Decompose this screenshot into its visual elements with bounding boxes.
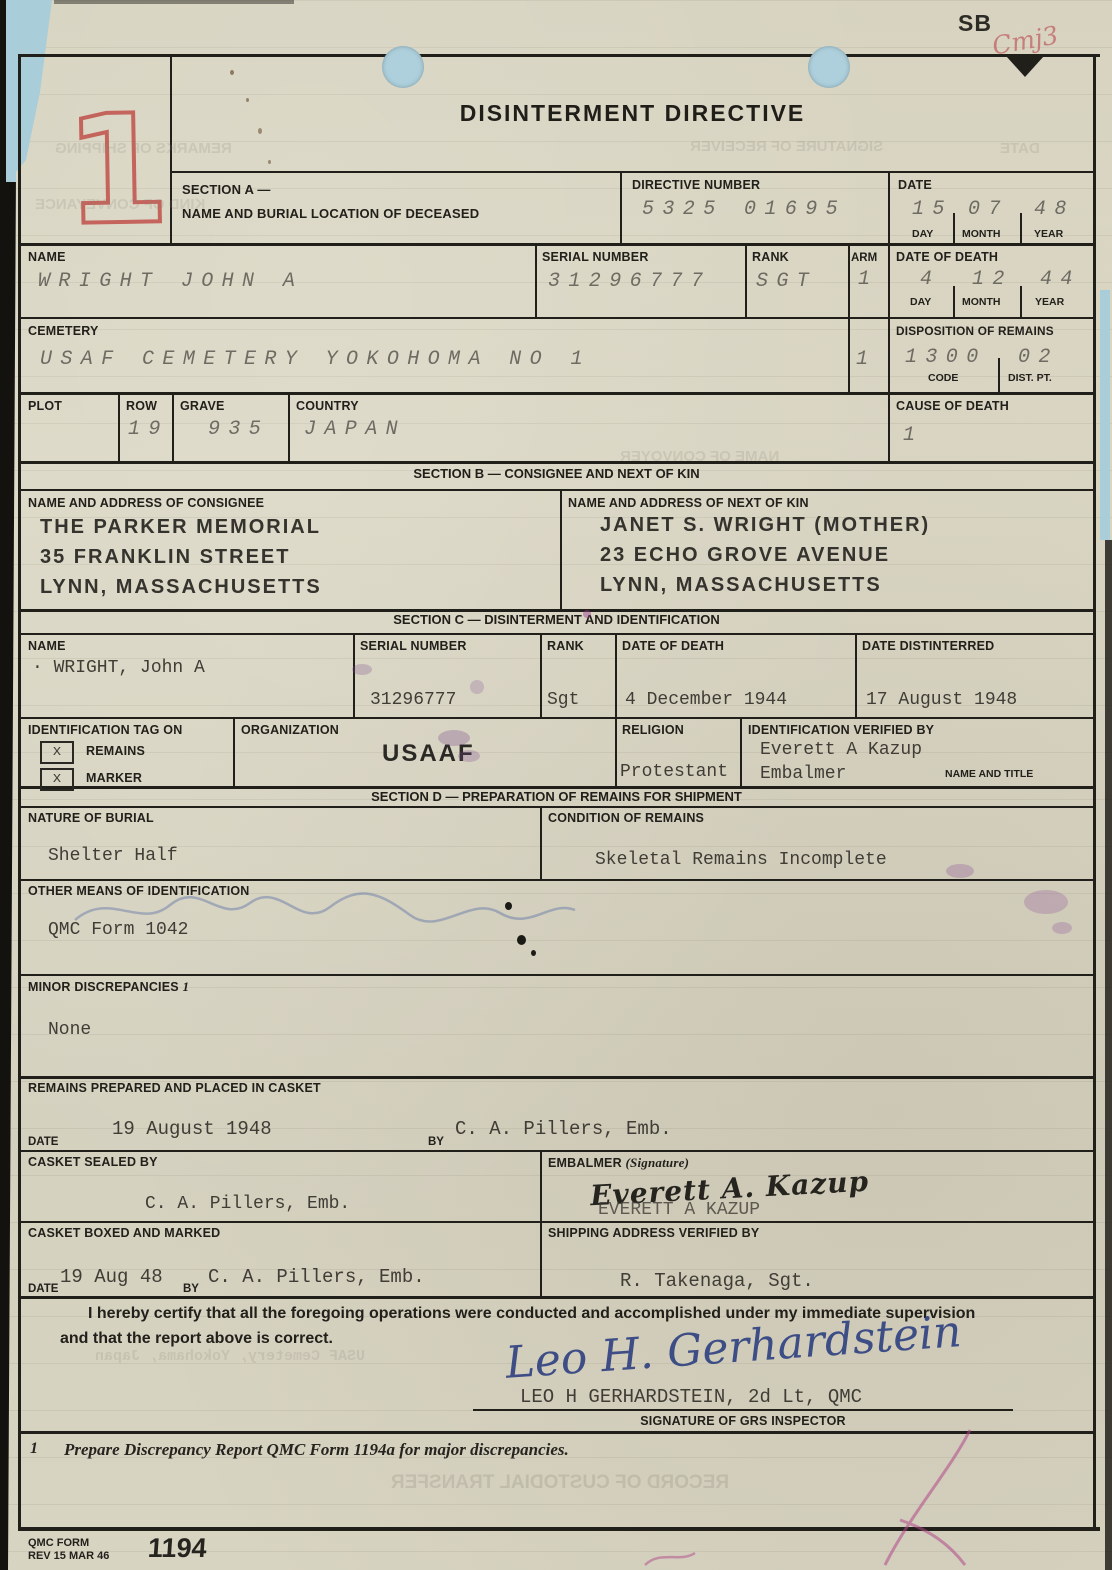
section-a-heading-2: NAME AND BURIAL LOCATION OF DECEASED — [182, 206, 479, 221]
consignee-line-1: THE PARKER MEMORIAL — [40, 516, 321, 539]
dod-day-value: 4 — [920, 268, 940, 291]
cemetery-arm-value: 1 — [856, 348, 876, 371]
pencil-mark-sb: SB — [958, 10, 992, 37]
plot-label: PLOT — [28, 399, 62, 413]
month-label: MONTH — [962, 228, 1001, 240]
bleed-receiver: SIGNATURE OF RECEIVER — [690, 138, 883, 155]
form-number: 1194 — [147, 1533, 208, 1564]
footnote-ref-mark: 1 — [183, 979, 190, 994]
casket-sealed-by-value: C. A. Pillers, Emb. — [145, 1194, 350, 1214]
remains-label: REMAINS — [86, 744, 145, 758]
name-value: · WRIGHT, John A — [32, 658, 205, 678]
minor-discrepancies-value: None — [48, 1020, 91, 1040]
name-label: NAME — [28, 250, 66, 264]
arm-value: 1 — [858, 268, 878, 291]
serial-number-value: 31296777 — [370, 690, 456, 710]
purple-stamp-smudge — [946, 864, 974, 878]
ink-blot — [517, 935, 526, 945]
row-value: 19 — [128, 418, 169, 441]
embalmer-label-text: EMBALMER — [548, 1156, 622, 1170]
consignee-label: NAME AND ADDRESS OF CONSIGNEE — [28, 496, 264, 510]
code-label: CODE — [928, 372, 958, 384]
purple-stamp-smudge — [438, 730, 470, 746]
casket-sealed-by-label: CASKET SEALED BY — [28, 1155, 158, 1169]
day-label: DAY — [912, 228, 933, 240]
section-a-heading-1: SECTION A — — [182, 182, 271, 197]
grave-label: GRAVE — [180, 399, 225, 413]
copy-number-stamp: 1 — [62, 80, 172, 250]
boxed-by-value: C. A. Pillers, Emb. — [208, 1266, 425, 1288]
marker-label: MARKER — [86, 771, 142, 785]
svg-text:1: 1 — [63, 83, 170, 250]
remains-checkbox: x — [40, 741, 74, 764]
form-id-line-1: QMC FORM — [28, 1537, 89, 1549]
kin-line-3: LYNN, MASSACHUSETTS — [600, 574, 882, 597]
cause-of-death-value: 1 — [903, 424, 923, 447]
ink-blot — [505, 902, 512, 910]
year-label: YEAR — [1035, 296, 1064, 308]
scan-edge-top — [54, 0, 294, 4]
bleed-date: DATE — [1000, 140, 1040, 157]
country-value: JAPAN — [304, 418, 406, 441]
date-year-value: 48 — [1034, 198, 1075, 221]
kin-line-1: JANET S. WRIGHT (MOTHER) — [600, 514, 930, 537]
day-label: DAY — [910, 296, 931, 308]
rank-value: SGT — [756, 270, 817, 293]
section-d-bar: SECTION D — PREPARATION OF REMAINS FOR S… — [18, 789, 1095, 804]
serial-number-value: 31296777 — [548, 270, 711, 293]
scanned-form-page: SB Cmj3 1 DISINT — [0, 0, 1112, 1570]
form-id-line-2: REV 15 MAR 46 — [28, 1550, 109, 1562]
purple-stamp-smudge — [1052, 922, 1072, 934]
verified-title-value: Embalmer — [760, 764, 846, 784]
bleed-cemetery: USAF Cemetery, Yokohama, Japan — [95, 1348, 365, 1365]
serial-number-label: SERIAL NUMBER — [542, 250, 649, 264]
next-of-kin-label: NAME AND ADDRESS OF NEXT OF KIN — [568, 496, 809, 510]
by-label: BY — [428, 1136, 444, 1148]
country-label: COUNTRY — [296, 399, 359, 413]
id-verified-by-label: IDENTIFICATION VERIFIED BY — [748, 723, 934, 737]
consignee-line-3: LYNN, MASSACHUSETTS — [40, 576, 322, 599]
paper-speck — [268, 160, 271, 164]
nature-of-burial-label: NATURE OF BURIAL — [28, 811, 154, 825]
purple-stamp-smudge — [1024, 890, 1068, 914]
certification-line-2: and that the report above is correct. — [60, 1330, 333, 1348]
blue-ink-bleed-squiggle — [70, 875, 580, 945]
grave-value: 935 — [208, 418, 269, 441]
inspector-signature-line — [473, 1409, 1013, 1411]
organization-label: ORGANIZATION — [241, 723, 339, 737]
bleed-convoyer: NAME OF CONVOYER — [620, 448, 779, 465]
punch-hole — [808, 46, 850, 88]
rank-label: RANK — [752, 250, 789, 264]
religion-label: RELIGION — [622, 723, 684, 737]
date-disinterred-label: DATE DISTINTERRED — [862, 639, 994, 653]
dist-pt-label: DIST. PT. — [1008, 372, 1052, 384]
casket-by-value: C. A. Pillers, Emb. — [455, 1118, 672, 1140]
minor-discrepancies-label-text: MINOR DISCREPANCIES — [28, 980, 179, 994]
rank-value: Sgt — [547, 690, 579, 710]
nature-of-burial-value: Shelter Half — [48, 846, 178, 866]
cemetery-label: CEMETERY — [28, 324, 99, 338]
punch-hole — [382, 46, 424, 88]
condition-of-remains-label: CONDITION OF REMAINS — [548, 811, 704, 825]
date-of-death-label: DATE OF DEATH — [896, 250, 998, 264]
bleed-remarks: REMARKS OF SHIPPING — [55, 140, 232, 157]
section-b-bar: SECTION B — CONSIGNEE AND NEXT OF KIN — [18, 466, 1095, 481]
consignee-line-2: 35 FRANKLIN STREET — [40, 546, 290, 569]
date-label: DATE — [28, 1136, 58, 1148]
name-and-title-label: NAME AND TITLE — [945, 768, 1033, 780]
id-tag-label: IDENTIFICATION TAG ON — [28, 723, 182, 737]
footnote-ref: 1 — [30, 1440, 38, 1458]
purple-dot — [583, 610, 591, 618]
date-day-value: 15 — [912, 198, 953, 221]
boxed-date-value: 19 Aug 48 — [60, 1266, 163, 1288]
date-label: DATE — [898, 178, 932, 192]
date-of-death-label: DATE OF DEATH — [622, 639, 724, 653]
verified-name-value: Everett A Kazup — [760, 740, 922, 760]
blue-backing-right — [1100, 290, 1110, 540]
embalmer-label: EMBALMER (Signature) — [548, 1155, 689, 1171]
directive-number-value: 5325 01695 — [642, 198, 846, 221]
condition-of-remains-value: Skeletal Remains Incomplete — [595, 850, 887, 870]
religion-value: Protestant — [620, 762, 728, 782]
date-of-death-value: 4 December 1944 — [625, 690, 787, 710]
bleed-record-title: RECORD OF CUSTODIAL TRANSFER — [280, 1472, 840, 1494]
rank-label: RANK — [547, 639, 584, 653]
purple-stamp-smudge — [458, 750, 480, 762]
row-label: ROW — [126, 399, 157, 413]
shipping-verified-label: SHIPPING ADDRESS VERIFIED BY — [548, 1226, 759, 1240]
date-month-value: 07 — [968, 198, 1009, 221]
embalmer-typed-name: EVERETT A KAZUP — [598, 1200, 760, 1220]
by-label: BY — [183, 1283, 199, 1295]
name-value: WRIGHT JOHN A — [38, 270, 303, 293]
cause-of-death-label: CAUSE OF DEATH — [896, 399, 1009, 413]
disposition-dist-value: 02 — [1018, 346, 1059, 369]
year-label: YEAR — [1034, 228, 1063, 240]
bleed-conveyance: KIND OF CONVEYANCE — [35, 196, 205, 213]
notch-mark — [1006, 56, 1044, 77]
footnote-text: Prepare Discrepancy Report QMC Form 1194… — [64, 1440, 569, 1460]
paper-speck — [230, 70, 234, 75]
kin-line-2: 23 ECHO GROVE AVENUE — [600, 544, 890, 567]
disposition-code-value: 1300 — [905, 346, 987, 369]
disposition-label: DISPOSITION OF REMAINS — [896, 324, 1054, 338]
scan-edge-right — [1105, 540, 1112, 1570]
shipping-verified-value: R. Takenaga, Sgt. — [620, 1270, 814, 1292]
magenta-pen-mark-small — [640, 1545, 700, 1570]
date-disinterred-value: 17 August 1948 — [866, 690, 1017, 710]
minor-discrepancies-label: MINOR DISCREPANCIES 1 — [28, 979, 189, 995]
month-label: MONTH — [962, 296, 1001, 308]
ink-blot — [531, 950, 536, 956]
serial-number-label: SERIAL NUMBER — [360, 639, 467, 653]
date-label: DATE — [28, 1283, 58, 1295]
paper-speck — [246, 98, 249, 102]
paper-speck — [258, 128, 262, 134]
marker-checkbox: x — [40, 768, 74, 791]
dod-year-value: 44 — [1040, 268, 1081, 291]
remains-placed-label: REMAINS PREPARED AND PLACED IN CASKET — [28, 1081, 321, 1095]
cemetery-value: USAF CEMETERY YOKOHOMA NO 1 — [40, 348, 591, 371]
embalmer-signature-hint: (Signature) — [626, 1155, 690, 1170]
name-label: NAME — [28, 639, 66, 653]
purple-stamp-smudge — [470, 680, 484, 694]
directive-number-label: DIRECTIVE NUMBER — [632, 178, 760, 192]
magenta-pen-mark — [840, 1425, 1020, 1570]
casket-date-value: 19 August 1948 — [112, 1118, 272, 1140]
arm-label: ARM — [851, 252, 877, 264]
section-c-bar: SECTION C — DISINTERMENT AND IDENTIFICAT… — [18, 612, 1095, 627]
inspector-typed-name: LEO H GERHARDSTEIN, 2d Lt, QMC — [520, 1386, 862, 1408]
casket-boxed-label: CASKET BOXED AND MARKED — [28, 1226, 220, 1240]
dod-month-value: 12 — [972, 268, 1013, 291]
page-title: DISINTERMENT DIRECTIVE — [170, 100, 1095, 127]
purple-stamp-smudge — [352, 664, 372, 675]
